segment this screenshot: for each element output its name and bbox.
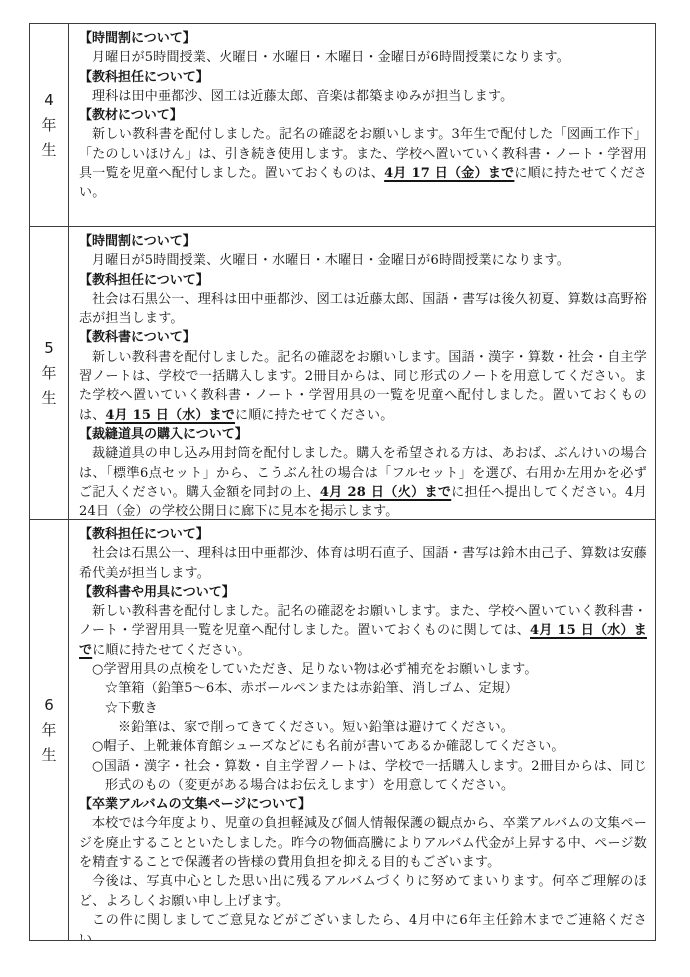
text-block: 月曜日が5時間授業、火曜日・水曜日・木曜日・金曜日が6時間授業になります。 xyxy=(79,48,647,67)
grade-char: 生 xyxy=(41,386,56,411)
text-block: ※鉛筆は、家で削ってきてください。短い鉛筆は避けてください。 xyxy=(79,718,647,737)
text-block: 社会は石黒公一、理科は田中亜都沙、体育は明石直子、国語・書写は鈴木由己子、算数は… xyxy=(79,544,647,583)
text-run: 今後は、写真中心とした思い出に残るアルバムづくりに努めてまいります。何卒ご理解の… xyxy=(79,874,647,908)
grade-char: 生 xyxy=(41,138,56,163)
text-run: 【教材について】 xyxy=(79,108,183,123)
section-heading: 【教材について】 xyxy=(79,106,647,125)
grade-char: 年 xyxy=(41,718,56,743)
section-heading: 【時間割について】 xyxy=(79,29,647,48)
text-run: 月曜日が5時間授業、火曜日・水曜日・木曜日・金曜日が6時間授業になります。 xyxy=(92,253,570,268)
text-block: 新しい教科書を配付しました。記名の確認をお願いします。3年生で配付した「図画工作… xyxy=(79,125,647,202)
grade-content: 【時間割について】月曜日が5時間授業、火曜日・水曜日・木曜日・金曜日が6時間授業… xyxy=(69,24,655,226)
grade-label: 5年生 xyxy=(30,227,69,519)
text-block: ☆筆箱（鉛筆5～6本、赤ボールペンまたは赤鉛筆、消しゴム、定規） xyxy=(79,679,647,698)
section-heading: 【教科書について】 xyxy=(79,328,647,347)
text-run: 本校では今年度より、児童の負担軽減及び個人情報保護の観点から、卒業アルバムの文集… xyxy=(79,816,647,870)
section-heading: 【教科担任について】 xyxy=(79,68,647,87)
text-block: 月曜日が5時間授業、火曜日・水曜日・木曜日・金曜日が6時間授業になります。 xyxy=(79,251,647,270)
text-block: 今後は、写真中心とした思い出に残るアルバムづくりに努めてまいります。何卒ご理解の… xyxy=(79,872,647,911)
text-block: 理科は田中亜都沙、図工は近藤太郎、音楽は都築まゆみが担当します。 xyxy=(79,87,647,106)
grade-label: 6年生 xyxy=(30,520,69,940)
text-block: この件に関しましてご意見などがございましたら、4月中に6年主任鈴木までご連絡くだ… xyxy=(79,911,647,940)
text-block: ○帽子、上靴兼体育館シューズなどにも名前が書いてあるか確認してください。 xyxy=(79,737,647,756)
grade-content: 【教科担任について】社会は石黒公一、理科は田中亜都沙、体育は明石直子、国語・書写… xyxy=(69,520,655,940)
text-run: 【裁縫道具の購入について】 xyxy=(79,427,248,442)
text-run: 社会は石黒公一、理科は田中亜都沙、図工は近藤太郎、国語・書写は後久初夏、算数は高… xyxy=(79,292,647,326)
deadline-emphasis: 4月 28 日（火）まで xyxy=(320,485,451,500)
section-heading: 【教科書や用具について】 xyxy=(79,583,647,602)
text-run: 【時間割について】 xyxy=(79,234,196,249)
notice-table: 4年生【時間割について】月曜日が5時間授業、火曜日・水曜日・木曜日・金曜日が6時… xyxy=(29,23,656,941)
text-run: 【時間割について】 xyxy=(79,31,196,46)
text-run: 【教科書について】 xyxy=(79,330,196,345)
text-block: ○国語・漢字・社会・算数・自主学習ノートは、学校で一括購入します。2冊目からは、… xyxy=(79,757,647,796)
section-heading: 【卒業アルバムの文集ページについて】 xyxy=(79,795,647,814)
text-run: ☆下敷き xyxy=(105,701,158,716)
text-run: に順に持たせてください。 xyxy=(92,643,250,658)
grade-row-4: 4年生【時間割について】月曜日が5時間授業、火曜日・水曜日・木曜日・金曜日が6時… xyxy=(30,24,655,227)
grade-char: 4 xyxy=(44,88,54,113)
grade-char: 年 xyxy=(41,113,56,138)
grade-row-6: 6年生【教科担任について】社会は石黒公一、理科は田中亜都沙、体育は明石直子、国語… xyxy=(30,520,655,940)
text-run: 社会は石黒公一、理科は田中亜都沙、体育は明石直子、国語・書写は鈴木由己子、算数は… xyxy=(79,546,647,580)
text-run: ○学習用具の点検をしていただき、足りない物は必ず補充をお願いします。 xyxy=(92,662,538,677)
deadline-emphasis: 4月 15 日（水）まで xyxy=(105,408,235,423)
text-block: ☆下敷き xyxy=(79,699,647,718)
text-run: ○国語・漢字・社会・算数・自主学習ノートは、学校で一括購入します。2冊目からは、… xyxy=(92,759,647,793)
text-run: 【教科書や用具について】 xyxy=(79,585,235,600)
section-heading: 【教科担任について】 xyxy=(79,525,647,544)
grade-char: 年 xyxy=(41,361,56,386)
grade-char: 5 xyxy=(44,336,54,361)
deadline-emphasis: 4月 17 日（金）まで xyxy=(384,166,514,181)
text-block: 裁縫道具の申し込み用封筒を配付しました。購入を希望される方は、あおば、ぶんけいの… xyxy=(79,444,647,520)
text-run: ☆筆箱（鉛筆5～6本、赤ボールペンまたは赤鉛筆、消しゴム、定規） xyxy=(105,681,518,696)
text-run: ○帽子、上靴兼体育館シューズなどにも名前が書いてあるか確認してください。 xyxy=(92,739,565,754)
grade-row-5: 5年生【時間割について】月曜日が5時間授業、火曜日・水曜日・木曜日・金曜日が6時… xyxy=(30,227,655,520)
text-run: ※鉛筆は、家で削ってきてください。短い鉛筆は避けてください。 xyxy=(118,720,514,735)
document-page: 4年生【時間割について】月曜日が5時間授業、火曜日・水曜日・木曜日・金曜日が6時… xyxy=(0,0,690,977)
text-run: 月曜日が5時間授業、火曜日・水曜日・木曜日・金曜日が6時間授業になります。 xyxy=(92,50,570,65)
section-heading: 【裁縫道具の購入について】 xyxy=(79,425,647,444)
text-run: 【教科担任について】 xyxy=(79,70,209,85)
grade-content: 【時間割について】月曜日が5時間授業、火曜日・水曜日・木曜日・金曜日が6時間授業… xyxy=(69,227,655,519)
text-block: 新しい教科書を配付しました。記名の確認をお願いします。また、学校へ置いていく教科… xyxy=(79,602,647,660)
text-block: 新しい教科書を配付しました。記名の確認をお願いします。国語・漢字・算数・社会・自… xyxy=(79,348,647,425)
text-block: 本校では今年度より、児童の負担軽減及び個人情報保護の観点から、卒業アルバムの文集… xyxy=(79,814,647,872)
text-run: 【卒業アルバムの文集ページについて】 xyxy=(79,797,311,812)
grade-label: 4年生 xyxy=(30,24,69,226)
section-heading: 【教科担任について】 xyxy=(79,271,647,290)
text-block: 社会は石黒公一、理科は田中亜都沙、図工は近藤太郎、国語・書写は後久初夏、算数は高… xyxy=(79,290,647,329)
text-run: 【教科担任について】 xyxy=(79,273,209,288)
section-heading: 【時間割について】 xyxy=(79,232,647,251)
text-run: この件に関しましてご意見などがございましたら、4月中に6年主任鈴木までご連絡くだ… xyxy=(79,913,647,940)
grade-char: 6 xyxy=(44,693,54,718)
text-block: ○学習用具の点検をしていただき、足りない物は必ず補充をお願いします。 xyxy=(79,660,647,679)
text-run: 【教科担任について】 xyxy=(79,527,209,542)
text-run: に順に持たせてください。 xyxy=(235,408,393,423)
text-run: 理科は田中亜都沙、図工は近藤太郎、音楽は都築まゆみが担当します。 xyxy=(92,89,513,104)
grade-char: 生 xyxy=(41,743,56,768)
